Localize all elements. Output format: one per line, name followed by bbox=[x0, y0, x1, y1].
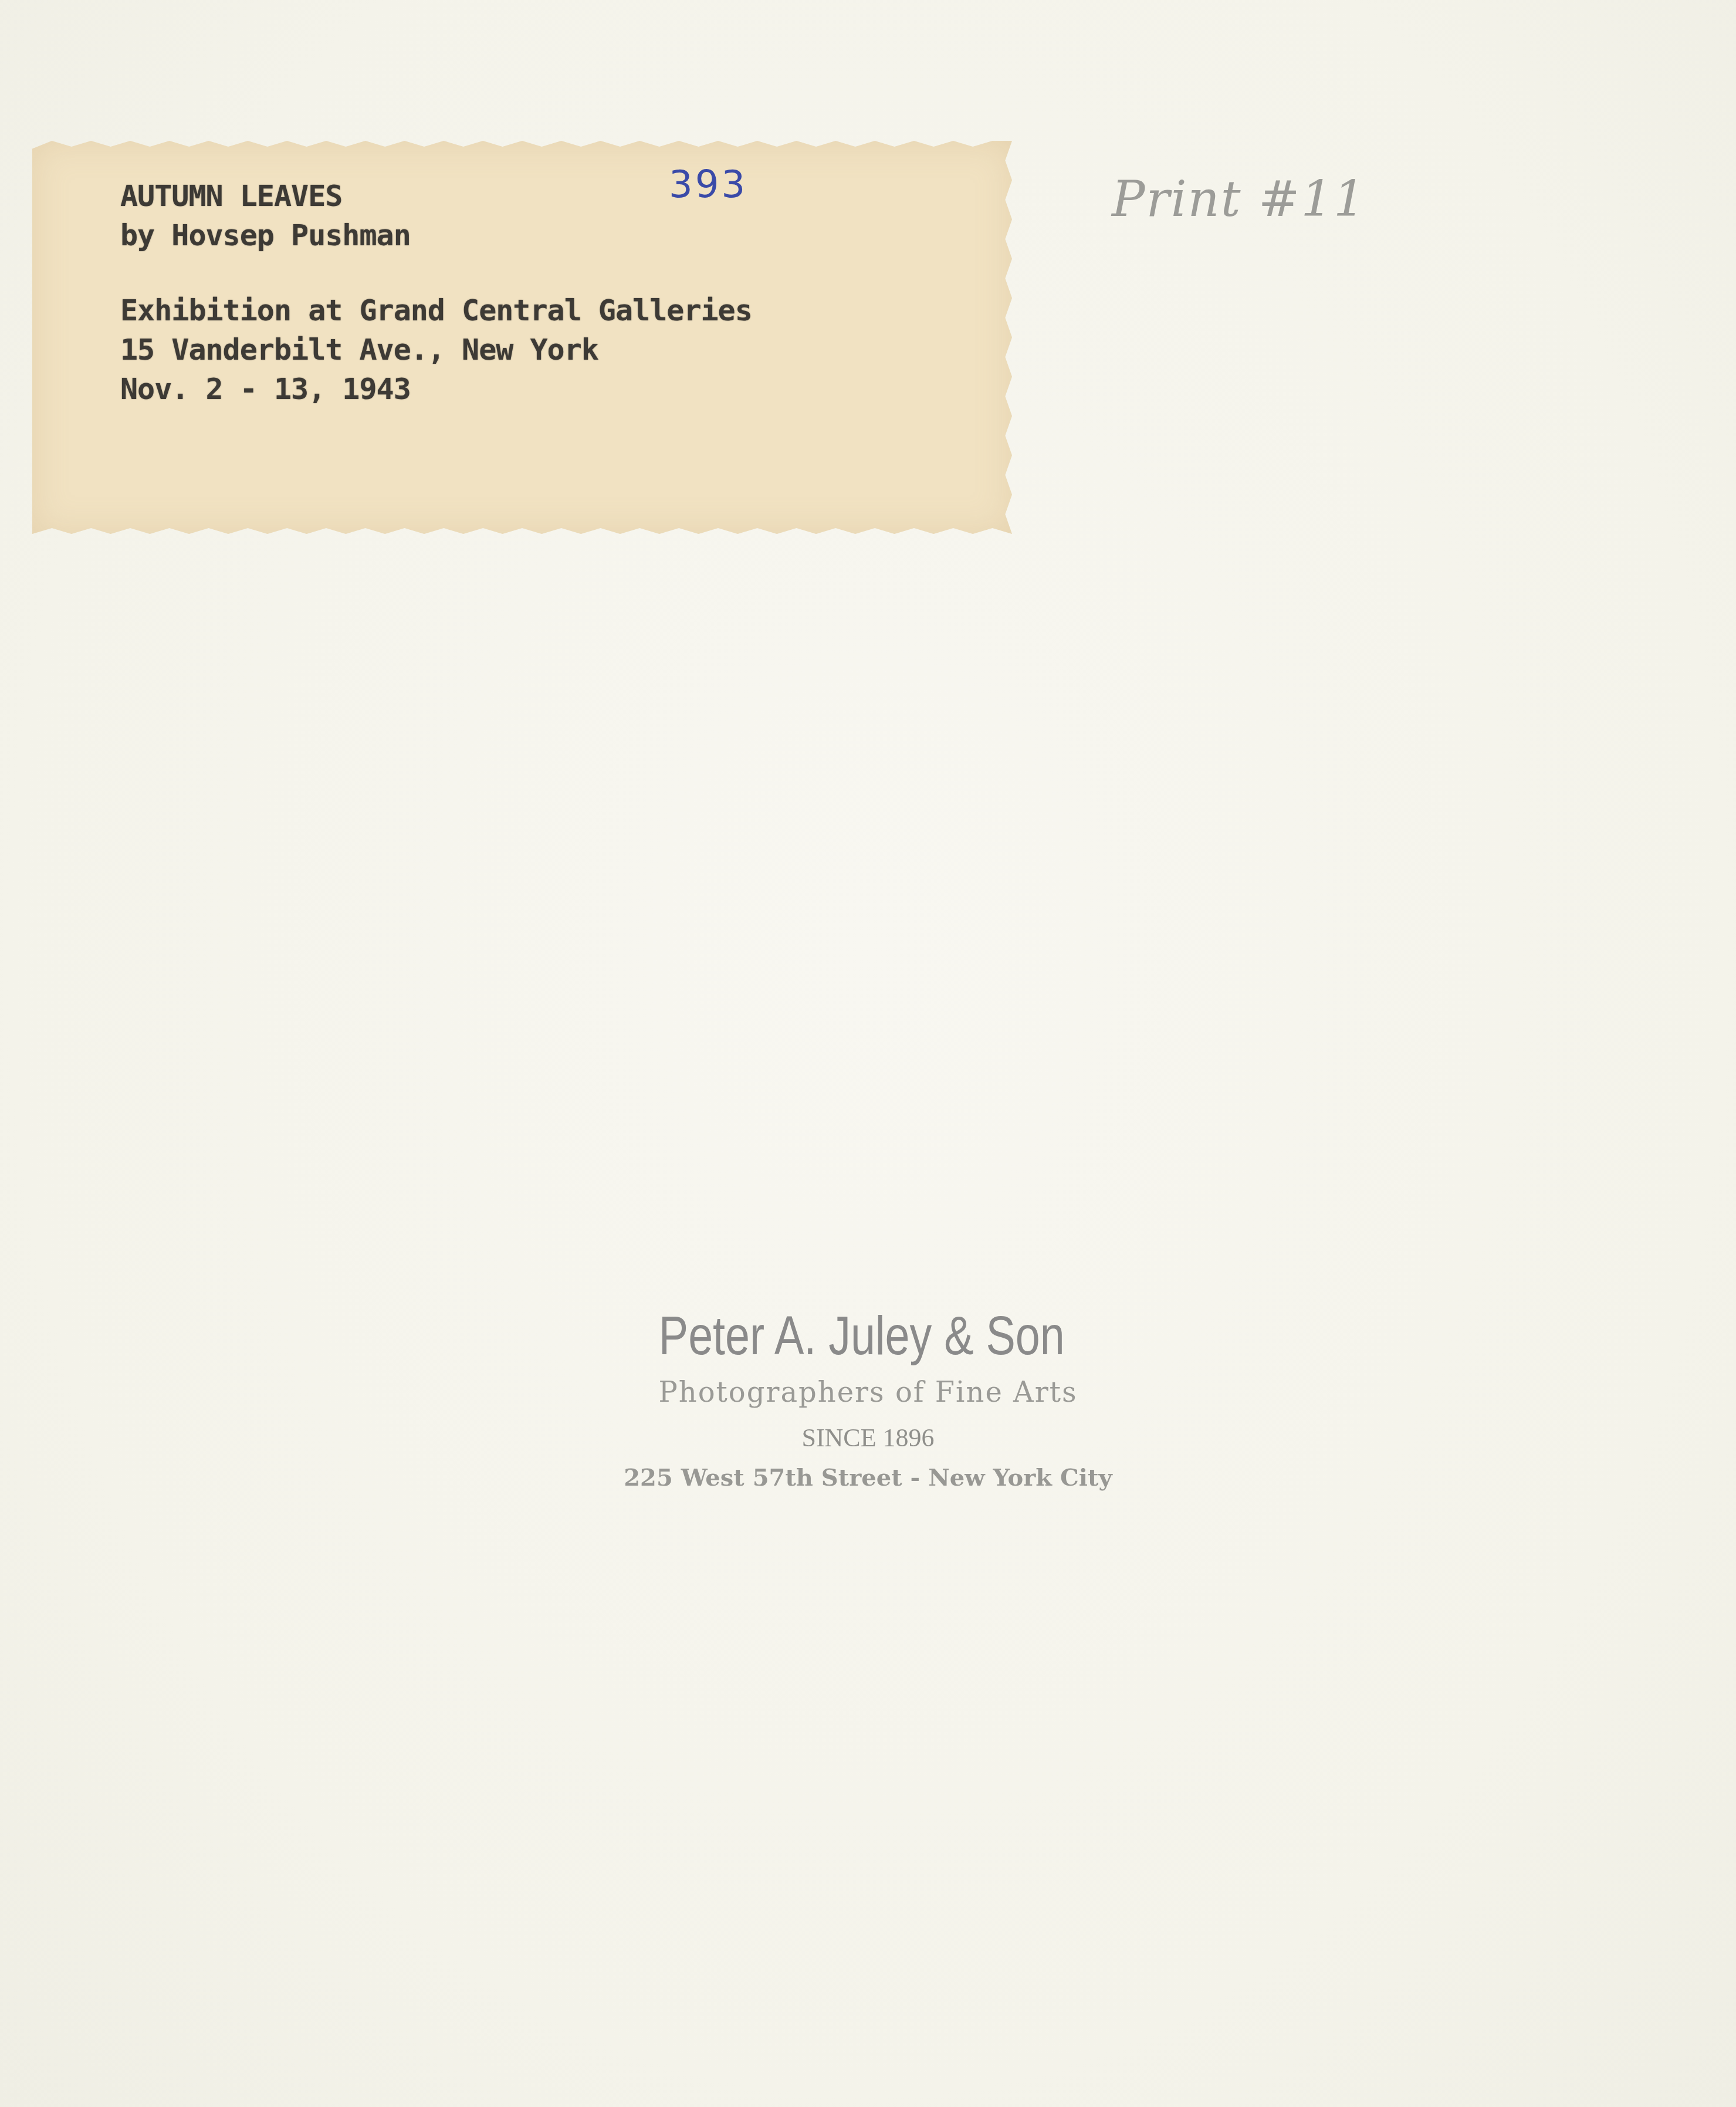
exhibition-address: 15 Vanderbilt Ave., New York bbox=[120, 333, 598, 367]
artist-name: by Hovsep Pushman bbox=[120, 218, 411, 252]
stamp-address: 225 West 57th Street - New York City bbox=[0, 1464, 1736, 1492]
artwork-title: AUTUMN LEAVES bbox=[120, 179, 342, 213]
stamp-subtitle: Photographers of Fine Arts bbox=[0, 1376, 1736, 1409]
exhibition-dates: Nov. 2 - 13, 1943 bbox=[120, 372, 411, 406]
pencil-note: Print #11 bbox=[1112, 170, 1366, 228]
stamp-studio-name: Peter A. Juley & Son bbox=[150, 1306, 1573, 1367]
exhibition-venue: Exhibition at Grand Central Galleries bbox=[120, 293, 752, 327]
handwritten-number: 393 bbox=[669, 163, 747, 207]
stamp-since: SINCE 1896 bbox=[0, 1423, 1736, 1453]
